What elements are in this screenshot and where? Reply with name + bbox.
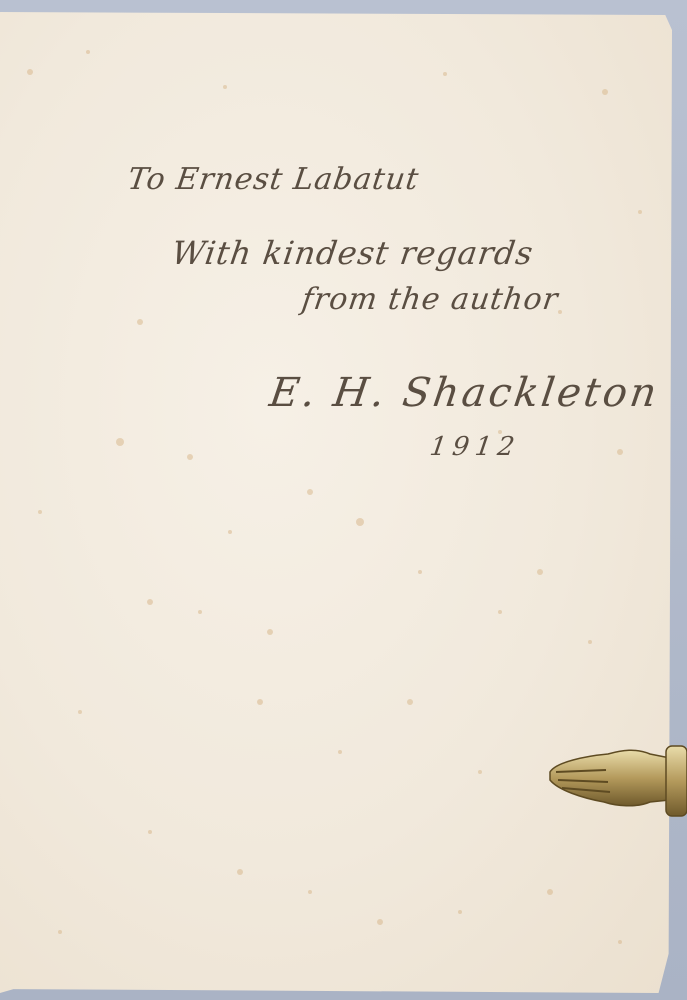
inscription-line-2: With kindest regards bbox=[169, 234, 536, 272]
author-signature: E. H. Shackleton bbox=[267, 370, 662, 416]
inscription-date: 1912 bbox=[428, 432, 522, 462]
foxing-spots bbox=[0, 12, 672, 993]
book-page: To Ernest Labatut With kindest regards f… bbox=[0, 12, 672, 993]
inscription-line-3: from the author bbox=[300, 282, 561, 317]
inscription-line-1: To Ernest Labatut bbox=[126, 162, 422, 197]
brass-hand-clamp-icon bbox=[546, 728, 687, 828]
